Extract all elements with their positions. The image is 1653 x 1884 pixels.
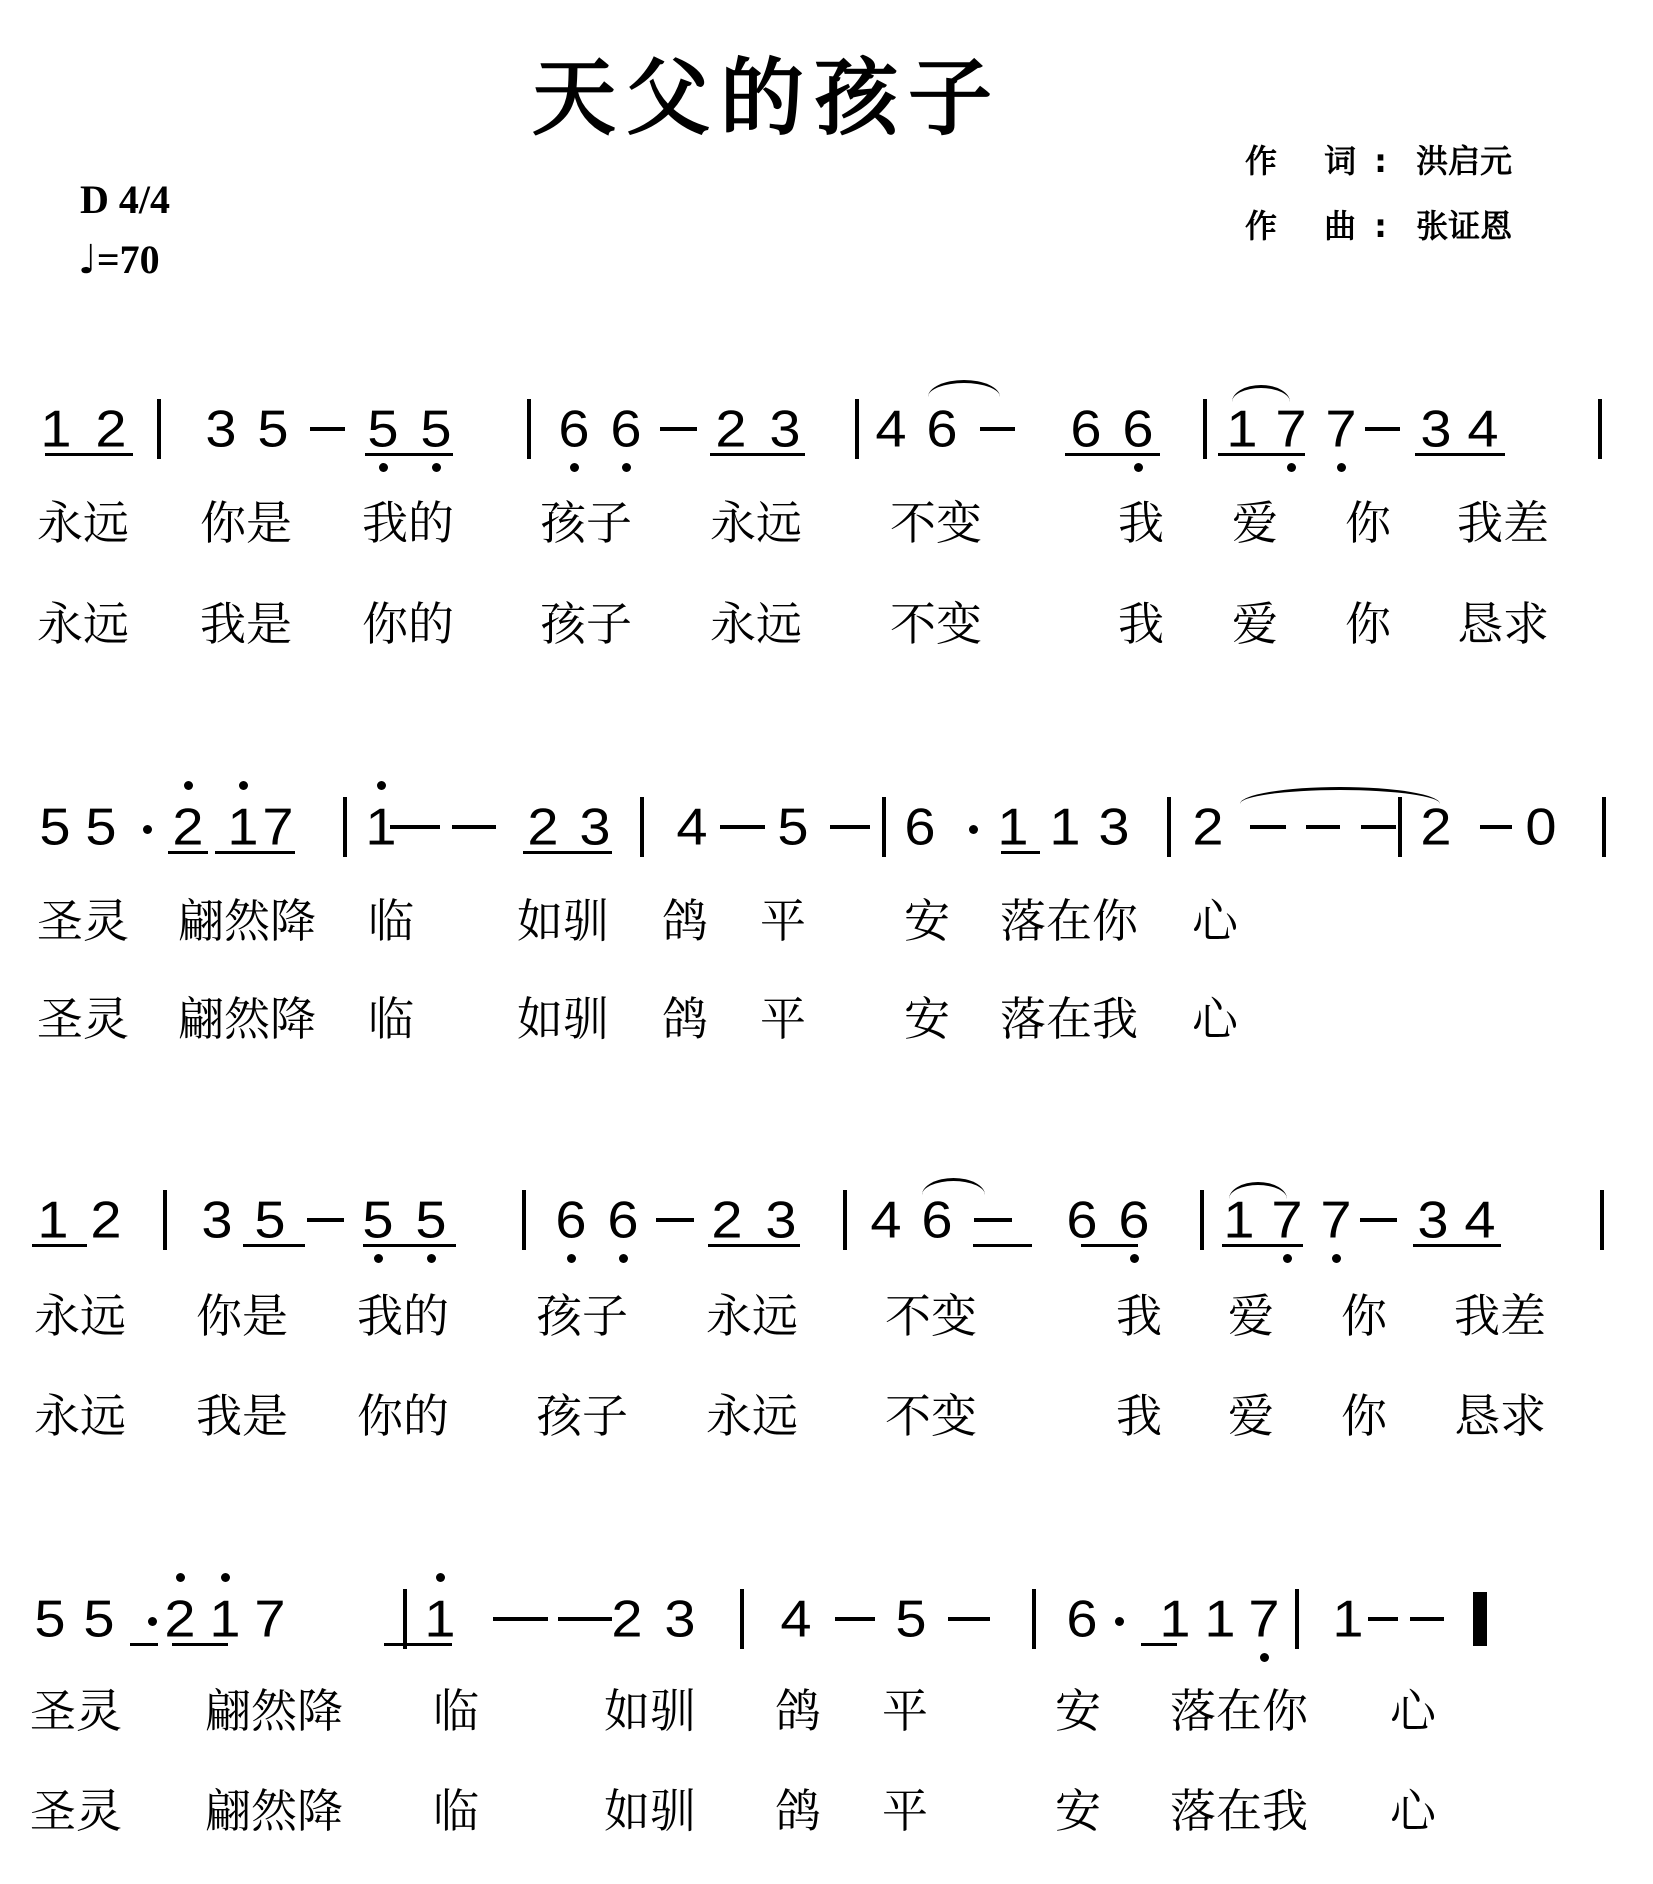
eighth-underline [1001, 851, 1040, 854]
jianpu-note: 7 [1267, 1194, 1307, 1246]
barline [1295, 1589, 1299, 1649]
dash-extension [1306, 825, 1340, 829]
jianpu-note: 2 [1188, 801, 1228, 853]
barline [522, 1190, 526, 1250]
barline [1032, 1589, 1036, 1649]
lyric-verse-2: 永远 [710, 601, 802, 647]
lyric-verse-1: 你 [1345, 500, 1391, 546]
lyric-verse-2: 翩然降 [178, 996, 316, 1042]
jianpu-note: 6 [1062, 1194, 1102, 1246]
jianpu-note: 2 [523, 801, 563, 853]
tempo-marking: ♩=70 [78, 240, 160, 280]
lyric-verse-1: 翩然降 [205, 1688, 343, 1734]
lyric-verse-2: 你 [1341, 1393, 1387, 1439]
jianpu-note: 5 [250, 1194, 290, 1246]
lyric-verse-2: 如驯 [604, 1788, 696, 1834]
lyric-verse-1: 临 [433, 1688, 479, 1734]
barline [882, 797, 886, 857]
dash-extension [948, 1617, 990, 1621]
lyric-verse-2: 临 [433, 1788, 479, 1834]
barline [1398, 797, 1402, 857]
jianpu-note: 6 [1066, 403, 1106, 455]
dash-extension [656, 1218, 694, 1222]
lyric-verse-1: 圣灵 [37, 898, 129, 944]
eighth-underline [168, 851, 208, 854]
barline [1167, 797, 1171, 857]
jianpu-note: 2 [607, 1593, 647, 1645]
jianpu-note: 1 [1219, 1194, 1259, 1246]
lyric-verse-2: 翩然降 [205, 1788, 343, 1834]
dash-extension [493, 1617, 548, 1621]
jianpu-note: 2 [91, 403, 131, 455]
dash-extension [1480, 825, 1512, 829]
jianpu-note: 7 [1271, 403, 1311, 455]
dash-extension [1365, 427, 1400, 431]
jianpu-note: 6 [1062, 1593, 1102, 1645]
lyric-verse-1: 我的 [357, 1293, 449, 1339]
jianpu-note: 2 [168, 801, 208, 853]
jianpu-note: 1 [420, 1593, 460, 1645]
lyric-verse-1: 鸽 [775, 1688, 821, 1734]
jianpu-note: 3 [575, 801, 615, 853]
octave-dot-below [570, 463, 579, 472]
lyricist-name: 洪启元 [1416, 142, 1512, 180]
barline [1600, 1190, 1604, 1250]
jianpu-note: 7 [1321, 403, 1361, 455]
slur-arc [1232, 385, 1290, 402]
octave-dot-below [1337, 463, 1346, 472]
song-title: 天父的孩子 [532, 56, 1002, 140]
eighth-underline [1223, 1244, 1280, 1247]
lyric-verse-2: 恳求 [1457, 601, 1549, 647]
octave-dot-below [567, 1254, 576, 1263]
eighth-underline [973, 1244, 1032, 1247]
lyric-verse-1: 爱 [1228, 1293, 1274, 1339]
lyric-verse-2: 安 [904, 996, 950, 1042]
eighth-underline [365, 453, 453, 456]
lyric-verse-1: 你 [1341, 1293, 1387, 1339]
key-signature: D 4/4 [80, 180, 170, 220]
lyric-verse-2: 爱 [1228, 1393, 1274, 1439]
jianpu-note: 6 [900, 801, 940, 853]
lyric-verse-1: 我 [1118, 500, 1164, 546]
composer-name: 张证恩 [1416, 207, 1512, 245]
jianpu-note: 6 [606, 403, 646, 455]
octave-dot-below [1130, 1254, 1139, 1263]
eighth-underline [1218, 453, 1305, 456]
octave-dot-below [1134, 463, 1143, 472]
octave-dot-above [239, 781, 248, 790]
octave-dot-above [436, 1573, 445, 1582]
lyric-verse-1: 临 [368, 898, 414, 944]
lyric-verse-2: 不变 [890, 601, 982, 647]
tempo-value: =70 [97, 237, 160, 282]
dash-extension [1250, 825, 1286, 829]
octave-dot-below [619, 1254, 628, 1263]
lyric-verse-1: 永远 [37, 500, 129, 546]
jianpu-note: 3 [761, 1194, 801, 1246]
jianpu-note: 4 [871, 403, 911, 455]
lyric-verse-1: 孩子 [536, 1293, 628, 1339]
lyric-verse-1: 不变 [890, 500, 982, 546]
lyric-verse-1: 翩然降 [178, 898, 316, 944]
jianpu-note: 1 [33, 1194, 73, 1246]
lyric-verse-1: 你是 [196, 1293, 288, 1339]
barline [343, 797, 347, 857]
jianpu-note: 6 [1118, 403, 1158, 455]
jianpu-note: 1 [1045, 801, 1085, 853]
jianpu-note: 7 [1244, 1593, 1284, 1645]
dash-extension [1368, 1617, 1398, 1621]
lyric-verse-2: 临 [368, 996, 414, 1042]
lyric-verse-2: 我 [1118, 601, 1164, 647]
eighth-underline [384, 1643, 452, 1646]
lyric-verse-1: 孩子 [540, 500, 632, 546]
slur-arc [928, 380, 1000, 397]
lyric-verse-2: 平 [882, 1788, 928, 1834]
eighth-underline [710, 453, 805, 456]
barline [403, 1589, 407, 1649]
lyric-verse-1: 安 [1055, 1688, 1101, 1734]
lyric-verse-2: 圣灵 [37, 996, 129, 1042]
eighth-underline [215, 851, 295, 854]
jianpu-note: 5 [411, 1194, 451, 1246]
jianpu-note: 3 [1094, 801, 1134, 853]
lyric-verse-1: 我差 [1454, 1293, 1546, 1339]
lyric-verse-1: 你是 [200, 500, 292, 546]
jianpu-note: 6 [551, 1194, 591, 1246]
octave-dot-below [1332, 1254, 1341, 1263]
barline [527, 399, 531, 459]
jianpu-note: 4 [1460, 1194, 1500, 1246]
augmentation-dot [143, 825, 152, 834]
barline [843, 1190, 847, 1250]
jianpu-note: 1 [993, 801, 1033, 853]
octave-dot-above [377, 781, 386, 790]
lyric-verse-1: 心 [1192, 898, 1238, 944]
lyric-verse-2: 我是 [196, 1393, 288, 1439]
jianpu-note: 5 [891, 1593, 931, 1645]
jianpu-note: 5 [79, 1593, 119, 1645]
sheet-music-page: 天父的孩子 D 4/4 ♩=70 作 词: 洪启元 作 曲: 张证恩 12355… [0, 0, 1653, 1884]
lyric-verse-2: 你 [1345, 601, 1391, 647]
eighth-underline [1081, 1244, 1138, 1247]
jianpu-note: 2 [711, 403, 751, 455]
dash-extension [452, 825, 496, 829]
jianpu-note: 5 [253, 403, 293, 455]
octave-dot-below [427, 1254, 436, 1263]
octave-dot-above [184, 781, 193, 790]
eighth-underline [45, 453, 133, 456]
jianpu-note: 6 [922, 403, 962, 455]
jianpu-note: 5 [773, 801, 813, 853]
lyric-verse-1: 我的 [362, 500, 454, 546]
lyric-verse-1: 落在你 [1000, 898, 1138, 944]
lyric-verse-2: 你的 [357, 1393, 449, 1439]
jianpu-note: 5 [416, 403, 456, 455]
lyric-verse-1: 我差 [1457, 500, 1549, 546]
lyricist-label: 作 词: [1245, 145, 1405, 177]
jianpu-note: 5 [81, 801, 121, 853]
lyric-verse-1: 如驯 [517, 898, 609, 944]
jianpu-note: 3 [1416, 403, 1456, 455]
composer-label: 作 曲: [1245, 210, 1405, 242]
lyric-verse-2: 孩子 [540, 601, 632, 647]
lyric-verse-1: 永远 [710, 500, 802, 546]
eighth-underline [1141, 1643, 1177, 1646]
lyric-verse-2: 圣灵 [30, 1788, 122, 1834]
eighth-underline [130, 1643, 158, 1646]
lyric-verse-2: 落在我 [1000, 996, 1138, 1042]
lyric-verse-2: 永远 [34, 1393, 126, 1439]
lyricist-credit: 作 词: 洪启元 [1245, 145, 1512, 177]
jianpu-note: 7 [258, 801, 298, 853]
lyric-verse-2: 不变 [885, 1393, 977, 1439]
lyric-verse-1: 鸽 [662, 898, 708, 944]
barline [1598, 399, 1602, 459]
jianpu-note: 0 [1521, 801, 1561, 853]
barline [640, 797, 644, 857]
barline [1203, 399, 1207, 459]
quarter-note-icon: ♩ [78, 237, 97, 283]
dash-extension [558, 1617, 612, 1621]
lyric-verse-2: 如驯 [517, 996, 609, 1042]
augmentation-dot [148, 1617, 157, 1626]
dash-extension [1361, 825, 1396, 829]
lyric-verse-2: 恳求 [1454, 1393, 1546, 1439]
jianpu-note: 4 [672, 801, 712, 853]
jianpu-note: 1 [1155, 1593, 1195, 1645]
lyric-verse-2: 落在我 [1170, 1788, 1308, 1834]
lyric-verse-2: 你的 [362, 601, 454, 647]
jianpu-note: 5 [35, 801, 75, 853]
lyric-verse-1: 永远 [706, 1293, 798, 1339]
dash-extension [390, 825, 440, 829]
jianpu-note: 3 [660, 1593, 700, 1645]
jianpu-note: 1 [1200, 1593, 1240, 1645]
dash-extension [974, 1218, 1012, 1222]
slur-arc [1240, 787, 1440, 804]
octave-dot-below [1260, 1653, 1269, 1662]
octave-dot-below [374, 1254, 383, 1263]
jianpu-note: 3 [197, 1194, 237, 1246]
dash-extension [720, 825, 765, 829]
jianpu-note: 3 [1413, 1194, 1453, 1246]
lyric-verse-1: 心 [1390, 1688, 1436, 1734]
lyric-verse-2: 永远 [37, 601, 129, 647]
lyric-verse-1: 爱 [1232, 500, 1278, 546]
eighth-underline [1413, 1244, 1501, 1247]
lyric-verse-2: 心 [1192, 996, 1238, 1042]
barline [1200, 1190, 1204, 1250]
jianpu-note: 1 [1328, 1593, 1368, 1645]
lyric-verse-2: 鸽 [775, 1788, 821, 1834]
barline [157, 399, 161, 459]
lyric-verse-2: 爱 [1232, 601, 1278, 647]
jianpu-note: 1 [205, 1593, 245, 1645]
barline [740, 1589, 744, 1649]
octave-dot-below [1287, 463, 1296, 472]
jianpu-note: 5 [363, 403, 403, 455]
jianpu-note: 7 [1316, 1194, 1356, 1246]
final-barline [1473, 1592, 1487, 1646]
slur-arc [922, 1178, 985, 1195]
jianpu-note: 2 [86, 1194, 126, 1246]
jianpu-note: 1 [223, 801, 263, 853]
jianpu-note: 5 [358, 1194, 398, 1246]
eighth-underline [1415, 453, 1505, 456]
lyric-verse-1: 平 [760, 898, 806, 944]
lyric-verse-2: 心 [1390, 1788, 1436, 1834]
octave-dot-above [176, 1573, 185, 1582]
lyric-verse-1: 永远 [34, 1293, 126, 1339]
jianpu-note: 6 [554, 403, 594, 455]
lyric-verse-2: 平 [760, 996, 806, 1042]
lyric-verse-1: 我 [1116, 1293, 1162, 1339]
lyric-verse-2: 我是 [200, 601, 292, 647]
lyric-verse-2: 孩子 [536, 1393, 628, 1439]
lyric-verse-1: 圣灵 [30, 1688, 122, 1734]
octave-dot-below [432, 463, 441, 472]
barline [1602, 797, 1606, 857]
lyric-verse-2: 永远 [706, 1393, 798, 1439]
eighth-underline [363, 1244, 456, 1247]
jianpu-note: 2 [707, 1194, 747, 1246]
eighth-underline [172, 1643, 228, 1646]
jianpu-note: 6 [917, 1194, 957, 1246]
lyric-verse-1: 不变 [885, 1293, 977, 1339]
dash-extension [307, 1218, 344, 1222]
dash-extension [830, 825, 870, 829]
octave-dot-below [622, 463, 631, 472]
eighth-underline [1065, 453, 1160, 456]
dash-extension [310, 427, 345, 431]
octave-dot-below [1283, 1254, 1292, 1263]
jianpu-note: 4 [1463, 403, 1503, 455]
jianpu-note: 6 [1114, 1194, 1154, 1246]
dash-extension [980, 427, 1015, 431]
jianpu-note: 2 [160, 1593, 200, 1645]
eighth-underline [243, 1244, 305, 1247]
jianpu-note: 2 [1416, 801, 1456, 853]
augmentation-dot [969, 825, 978, 834]
barline [855, 399, 859, 459]
eighth-underline [523, 851, 612, 854]
dash-extension [660, 427, 697, 431]
dash-extension [1360, 1218, 1397, 1222]
lyric-verse-2: 我 [1116, 1393, 1162, 1439]
composer-credit: 作 曲: 张证恩 [1245, 210, 1512, 242]
jianpu-note: 6 [603, 1194, 643, 1246]
lyric-verse-1: 平 [882, 1688, 928, 1734]
lyric-verse-2: 鸽 [662, 996, 708, 1042]
augmentation-dot [1115, 1617, 1124, 1626]
lyric-verse-1: 落在你 [1170, 1688, 1308, 1734]
lyric-verse-2: 安 [1055, 1788, 1101, 1834]
jianpu-note: 1 [36, 403, 76, 455]
eighth-underline [32, 1244, 87, 1247]
jianpu-note: 4 [866, 1194, 906, 1246]
octave-dot-below [379, 463, 388, 472]
dash-extension [1410, 1617, 1444, 1621]
jianpu-note: 3 [201, 403, 241, 455]
lyric-verse-1: 如驯 [604, 1688, 696, 1734]
jianpu-note: 3 [765, 403, 805, 455]
jianpu-note: 1 [1222, 403, 1262, 455]
lyric-verse-1: 安 [904, 898, 950, 944]
slur-arc [1229, 1182, 1287, 1199]
dash-extension [835, 1617, 875, 1621]
eighth-underline [708, 1244, 800, 1247]
jianpu-note: 5 [30, 1593, 70, 1645]
octave-dot-above [221, 1573, 230, 1582]
barline [163, 1190, 167, 1250]
jianpu-note: 4 [776, 1593, 816, 1645]
jianpu-note: 7 [250, 1593, 290, 1645]
